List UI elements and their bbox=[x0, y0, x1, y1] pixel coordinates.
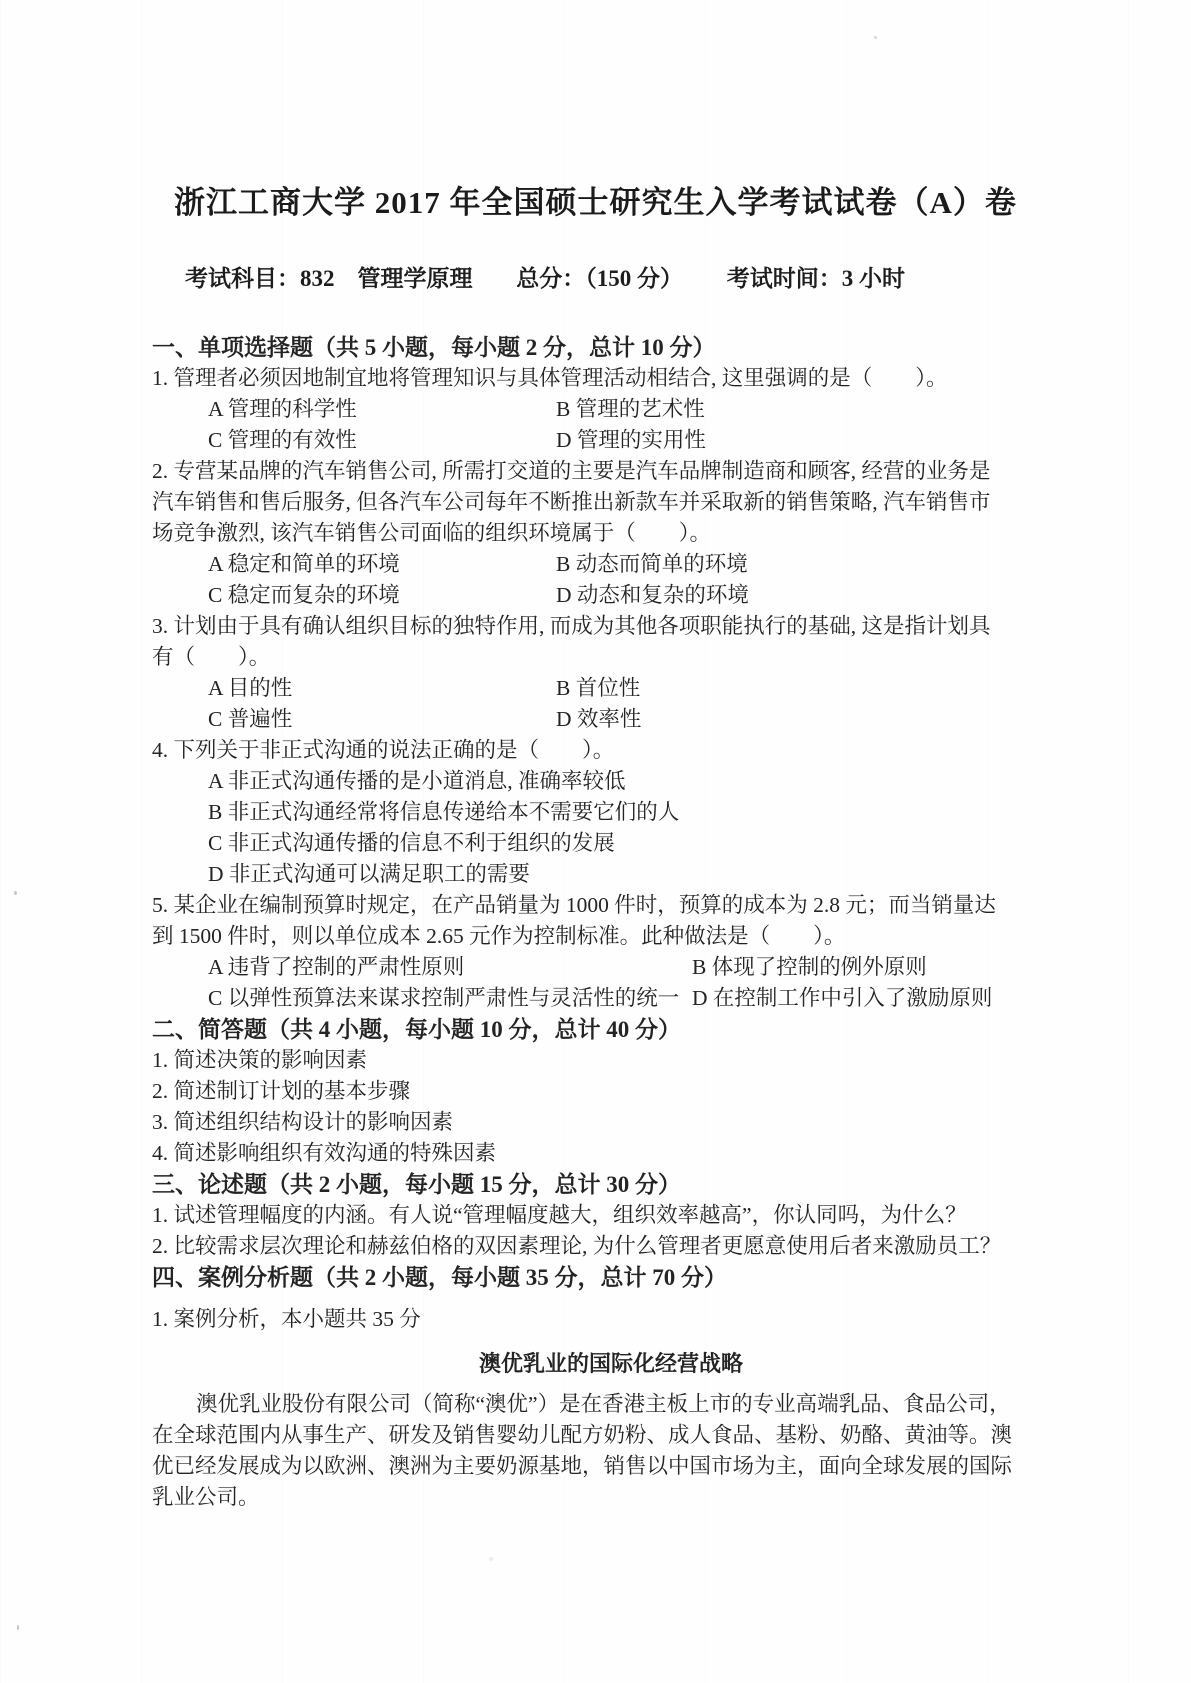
option-b: B 管理的艺术性 bbox=[556, 394, 705, 425]
option-c: C 非正式沟通传播的信息不利于组织的发展 bbox=[152, 828, 1020, 859]
scan-speck bbox=[14, 891, 17, 895]
question-stem: 3. 计划由于具有确认组织目标的独特作用, 而成为其他各项职能执行的基础, 这是… bbox=[152, 611, 1020, 642]
option-b: B 首位性 bbox=[556, 673, 640, 704]
option-a: A 目的性 bbox=[152, 673, 556, 704]
question-stem: 4. 下列关于非正式沟通的说法正确的是（ ）。 bbox=[152, 735, 1020, 766]
case-paragraph-line: 在全球范围内从事生产、研发及销售婴幼儿配方奶粉、成人食品、基粉、奶酪、黄油等。澳 bbox=[152, 1420, 1020, 1451]
options-row: C 普遍性 D 效率性 bbox=[152, 704, 1020, 735]
case-analysis-label: 1. 案例分析，本小题共 35 分 bbox=[152, 1304, 1020, 1335]
section-heading-3: 三、论述题（共 2 小题，每小题 15 分，总计 30 分） bbox=[152, 1169, 1020, 1200]
section-heading-4: 四、案例分析题（共 2 小题，每小题 35 分，总计 70 分） bbox=[152, 1262, 1020, 1293]
option-a: A 非正式沟通传播的是小道消息, 准确率较低 bbox=[152, 766, 1020, 797]
essay-item: 1. 试述管理幅度的内涵。有人说“管理幅度越大，组织效率越高”，你认同吗，为什么… bbox=[152, 1200, 1020, 1231]
option-d: D 在控制工作中引入了激励原则 bbox=[692, 983, 992, 1014]
options-row: C 稳定而复杂的环境 D 动态和复杂的环境 bbox=[152, 580, 1020, 611]
exam-body: 一、单项选择题（共 5 小题，每小题 2 分，总计 10 分） 1. 管理者必须… bbox=[152, 332, 1020, 1513]
option-c: C 以弹性预算法来谋求控制严肃性与灵活性的统一 bbox=[152, 983, 692, 1014]
question-stem: 2. 专营某品牌的汽车销售公司, 所需打交道的主要是汽车品牌制造商和顾客, 经营… bbox=[152, 456, 1020, 487]
exam-paper-page: 浙江工商大学 2017 年全国硕士研究生入学考试试卷（A）卷 考试科目：832 … bbox=[0, 0, 1191, 1683]
exam-duration: 考试时间：3 小时 bbox=[727, 264, 905, 294]
short-answer-item: 2. 简述制订计划的基本步骤 bbox=[152, 1076, 1020, 1107]
question-stem: 到 1500 件时，则以单位成本 2.65 元作为控制标准。此种做法是（ ）。 bbox=[152, 921, 1020, 952]
question-stem: 场竞争激烈, 该汽车销售公司面临的组织环境属于（ ）。 bbox=[152, 518, 1020, 549]
option-a: A 管理的科学性 bbox=[152, 394, 556, 425]
options-row: C 以弹性预算法来谋求控制严肃性与灵活性的统一 D 在控制工作中引入了激励原则 bbox=[152, 983, 1020, 1014]
option-c: C 普遍性 bbox=[152, 704, 556, 735]
question-stem: 1. 管理者必须因地制宜地将管理知识与具体管理活动相结合, 这里强调的是（ ）。 bbox=[152, 363, 1020, 394]
option-c: C 稳定而复杂的环境 bbox=[152, 580, 556, 611]
short-answer-item: 3. 简述组织结构设计的影响因素 bbox=[152, 1107, 1020, 1138]
section-heading-1: 一、单项选择题（共 5 小题，每小题 2 分，总计 10 分） bbox=[152, 332, 1020, 363]
short-answer-item: 4. 简述影响组织有效沟通的特殊因素 bbox=[152, 1138, 1020, 1169]
option-b: B 动态而简单的环境 bbox=[556, 549, 748, 580]
options-row: C 管理的有效性 D 管理的实用性 bbox=[152, 425, 1020, 456]
options-row: A 违背了控制的严肃性原则 B 体现了控制的例外原则 bbox=[152, 952, 1020, 983]
option-d: D 管理的实用性 bbox=[556, 425, 706, 456]
options-row: A 管理的科学性 B 管理的艺术性 bbox=[152, 394, 1020, 425]
exam-total-score: 总分：（150 分） bbox=[516, 264, 683, 294]
case-paragraph-line: 优已经发展成为以欧洲、澳洲为主要奶源基地，销售以中国市场为主，面向全球发展的国际 bbox=[152, 1451, 1020, 1482]
option-a: A 违背了控制的严肃性原则 bbox=[152, 952, 692, 983]
options-row: A 目的性 B 首位性 bbox=[152, 673, 1020, 704]
question-stem: 5. 某企业在编制预算时规定，在产品销量为 1000 件时，预算的成本为 2.8… bbox=[152, 890, 1020, 921]
short-answer-item: 1. 简述决策的影响因素 bbox=[152, 1045, 1020, 1076]
question-stem: 汽车销售和售后服务, 但各汽车公司每年不断推出新款车并采取新的销售策略, 汽车销… bbox=[152, 487, 1020, 518]
question-stem: 有（ ）。 bbox=[152, 642, 1020, 673]
option-d: D 非正式沟通可以满足职工的需要 bbox=[152, 859, 1020, 890]
option-a: A 稳定和简单的环境 bbox=[152, 549, 556, 580]
options-row: A 稳定和简单的环境 B 动态而简单的环境 bbox=[152, 549, 1020, 580]
option-b: B 体现了控制的例外原则 bbox=[692, 952, 927, 983]
case-paragraph-line: 澳优乳业股份有限公司（简称“澳优”）是在香港主板上市的专业高端乳品、食品公司， bbox=[152, 1389, 1020, 1420]
exam-subject: 考试科目：832 管理学原理 bbox=[185, 264, 473, 294]
case-paragraph-line: 乳业公司。 bbox=[152, 1482, 1020, 1513]
scan-speck bbox=[874, 36, 877, 39]
case-study-title: 澳优乳业的国际化经营战略 bbox=[152, 1348, 1020, 1379]
exam-meta-row: 考试科目：832 管理学原理 总分：（150 分） 考试时间：3 小时 bbox=[185, 264, 905, 294]
option-d: D 效率性 bbox=[556, 704, 641, 735]
essay-item: 2. 比较需求层次理论和赫兹伯格的双因素理论, 为什么管理者更愿意使用后者来激励… bbox=[152, 1231, 1020, 1262]
exam-title: 浙江工商大学 2017 年全国硕士研究生入学考试试卷（A）卷 bbox=[0, 0, 1191, 224]
option-b: B 非正式沟通经常将信息传递给本不需要它们的人 bbox=[152, 797, 1020, 828]
option-d: D 动态和复杂的环境 bbox=[556, 580, 749, 611]
scan-speck bbox=[489, 1557, 493, 1561]
section-heading-2: 二、简答题（共 4 小题，每小题 10 分，总计 40 分） bbox=[152, 1014, 1020, 1045]
option-c: C 管理的有效性 bbox=[152, 425, 556, 456]
scan-speck bbox=[17, 1625, 19, 1630]
